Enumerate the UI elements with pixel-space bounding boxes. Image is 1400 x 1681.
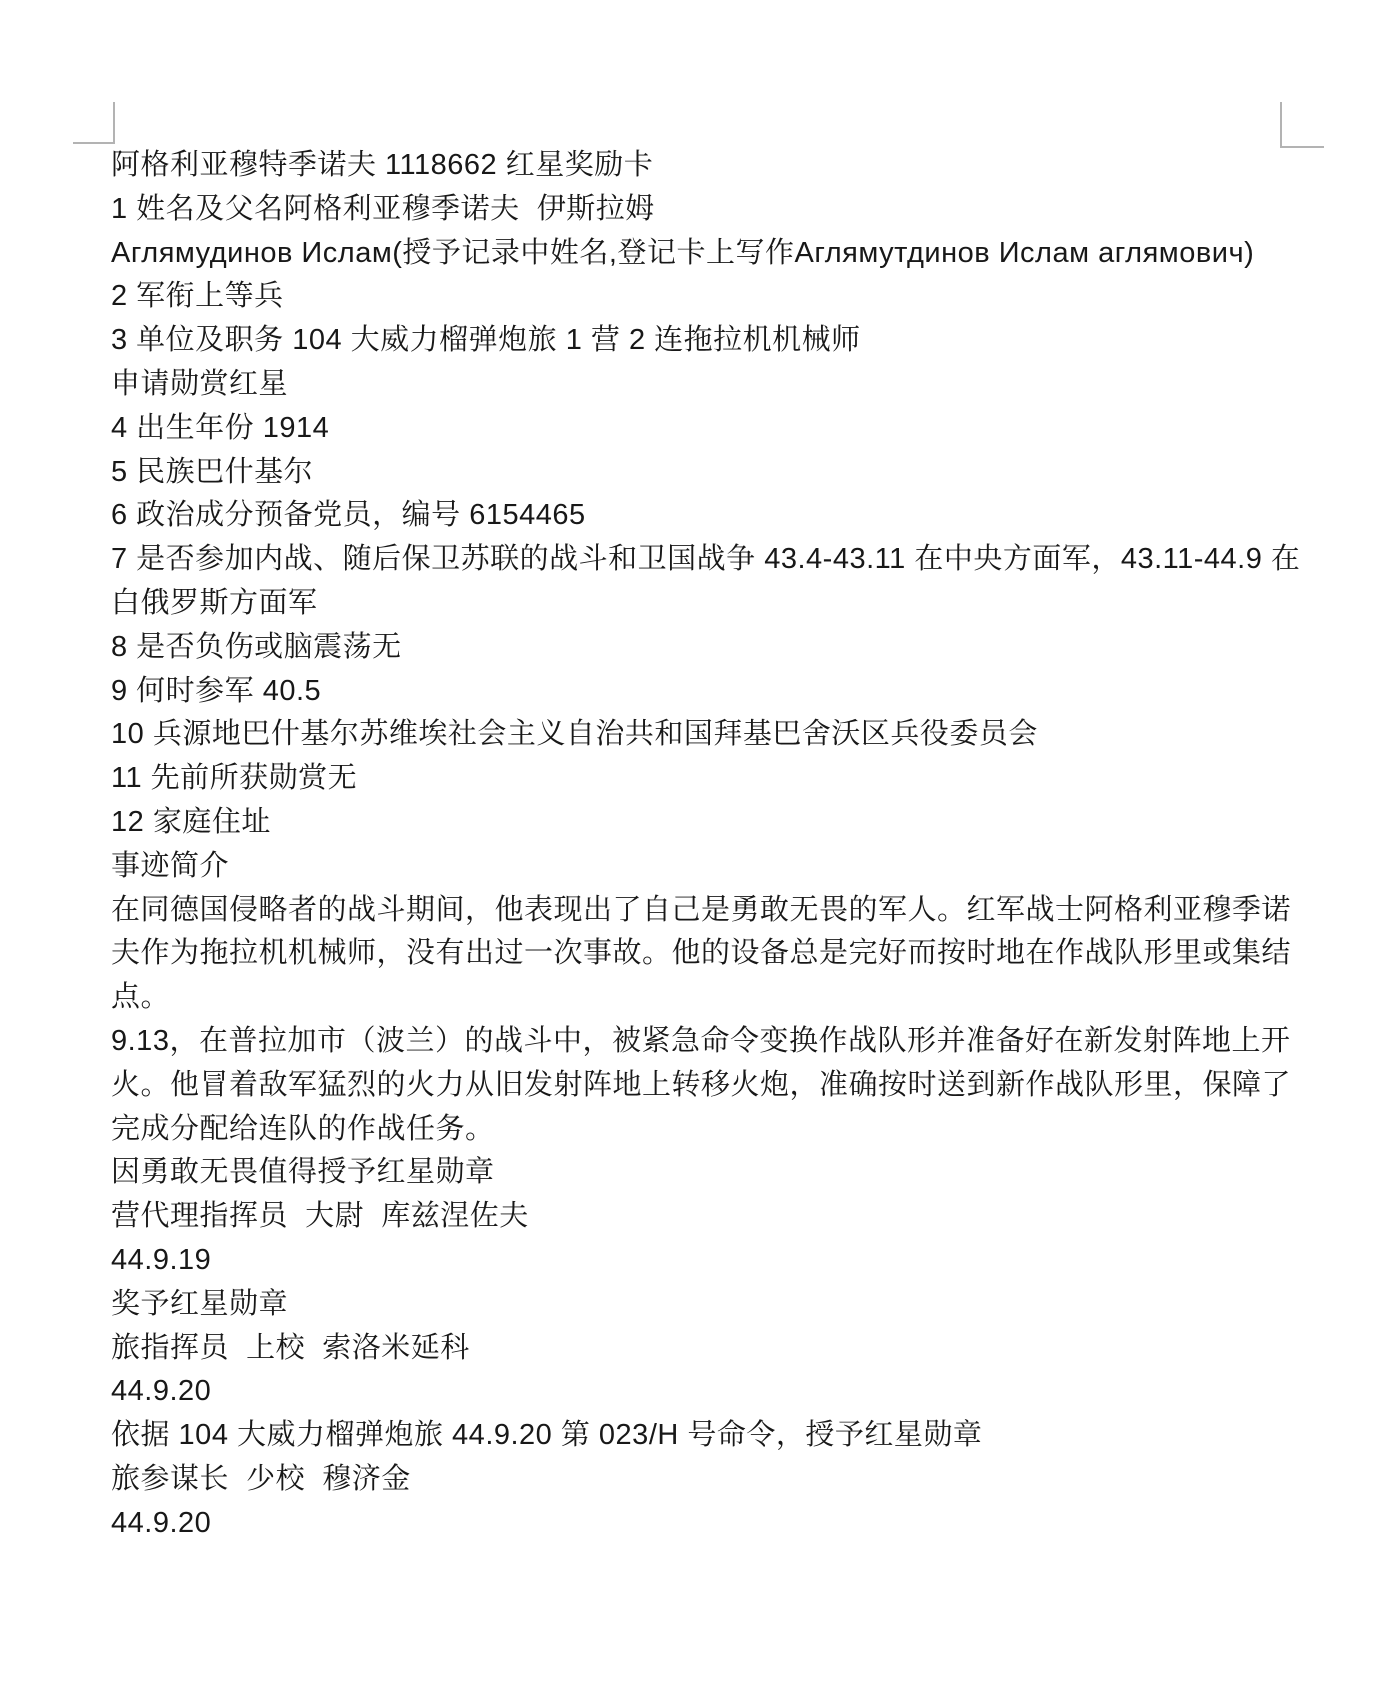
text-line: 11 先前所获勋赏无: [111, 757, 1341, 801]
text-line: 奖予红星勋章: [111, 1283, 1341, 1327]
text-line: 在同德国侵略者的战斗期间，他表现出了自己是勇敢无畏的军人。红军战士阿格利亚穆季诺: [111, 889, 1341, 933]
document-text-block: 阿格利亚穆特季诺夫 1118662 红星奖励卡1 姓名及父名阿格利亚穆季诺夫 伊…: [111, 144, 1341, 1546]
text-line: 1 姓名及父名阿格利亚穆季诺夫 伊斯拉姆: [111, 188, 1341, 232]
crop-mark-top-left-icon: [73, 102, 115, 144]
text-line: 白俄罗斯方面军: [111, 582, 1341, 626]
text-line: 完成分配给连队的作战任务。: [111, 1108, 1341, 1152]
text-line: 44.9.20: [111, 1502, 1341, 1546]
text-line: 阿格利亚穆特季诺夫 1118662 红星奖励卡: [111, 144, 1341, 188]
text-line: 旅指挥员 上校 索洛米延科: [111, 1327, 1341, 1371]
text-line: 夫作为拖拉机机械师，没有出过一次事故。他的设备总是完好而按时地在作战队形里或集结: [111, 932, 1341, 976]
text-line: 依据 104 大威力榴弹炮旅 44.9.20 第 023/H 号命令，授予红星勋…: [111, 1414, 1341, 1458]
text-line: 9 何时参军 40.5: [111, 670, 1341, 714]
text-line: 7 是否参加内战、随后保卫苏联的战斗和卫国战争 43.4-43.11 在中央方面…: [111, 538, 1341, 582]
text-line: 因勇敢无畏值得授予红星勋章: [111, 1151, 1341, 1195]
text-line: 44.9.19: [111, 1239, 1341, 1283]
crop-mark-top-right-icon: [1280, 102, 1324, 148]
text-line: 点。: [111, 976, 1341, 1020]
text-line: 9.13，在普拉加市（波兰）的战斗中，被紧急命令变换作战队形并准备好在新发射阵地…: [111, 1020, 1341, 1064]
text-line: 5 民族巴什基尔: [111, 451, 1341, 495]
text-line: 事迹简介: [111, 845, 1341, 889]
text-line: 2 军衔上等兵: [111, 275, 1341, 319]
text-line: 44.9.20: [111, 1370, 1341, 1414]
text-line: 8 是否负伤或脑震荡无: [111, 626, 1341, 670]
text-line: 旅参谋长 少校 穆济金: [111, 1458, 1341, 1502]
document-page: 阿格利亚穆特季诺夫 1118662 红星奖励卡1 姓名及父名阿格利亚穆季诺夫 伊…: [0, 0, 1400, 1681]
text-line: 6 政治成分预备党员，编号 6154465: [111, 494, 1341, 538]
text-line: 申请勋赏红星: [111, 363, 1341, 407]
text-line: Аглямудинов Ислам(授予记录中姓名,登记卡上写作Аглямутд…: [111, 232, 1341, 276]
text-line: 火。他冒着敌军猛烈的火力从旧发射阵地上转移火炮，准确按时送到新作战队形里，保障了: [111, 1064, 1341, 1108]
text-line: 3 单位及职务 104 大威力榴弹炮旅 1 营 2 连拖拉机机械师: [111, 319, 1341, 363]
text-line: 营代理指挥员 大尉 库兹涅佐夫: [111, 1195, 1341, 1239]
text-line: 12 家庭住址: [111, 801, 1341, 845]
text-line: 10 兵源地巴什基尔苏维埃社会主义自治共和国拜基巴舍沃区兵役委员会: [111, 713, 1341, 757]
text-line: 4 出生年份 1914: [111, 407, 1341, 451]
